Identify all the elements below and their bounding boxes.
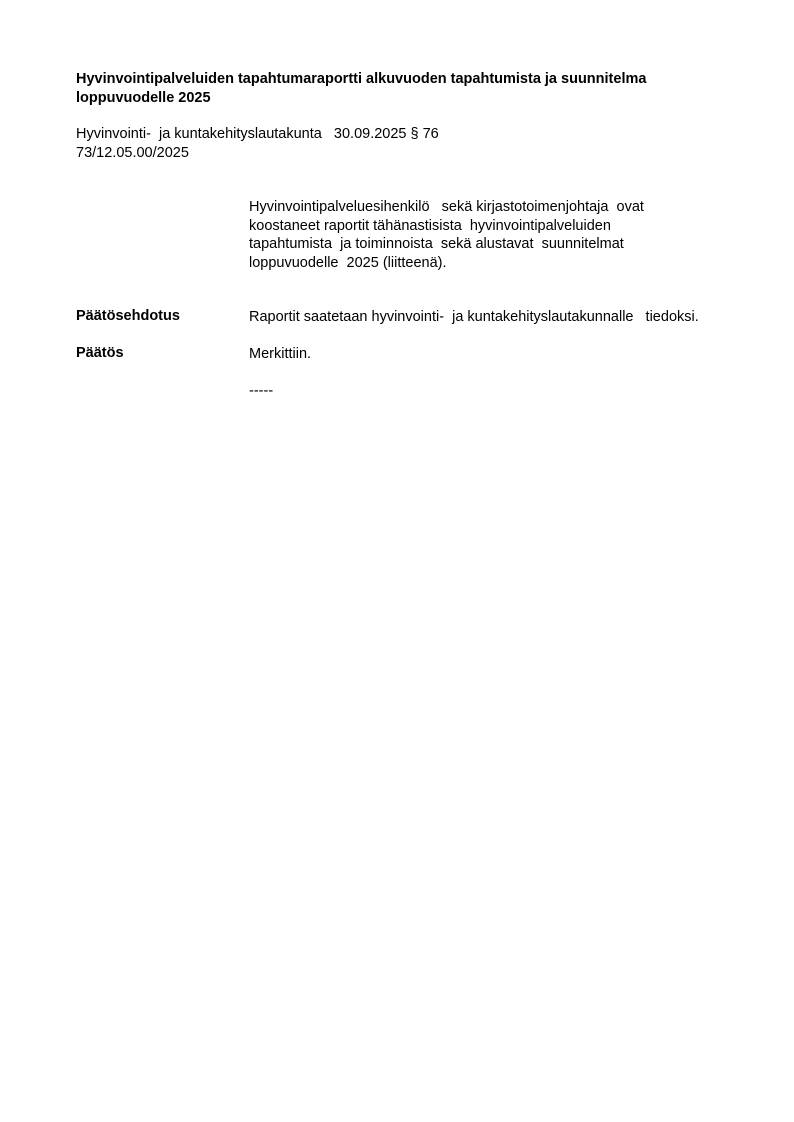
intro-line: Hyvinvointipalveluesihenkilö sekä kirjas…	[249, 198, 644, 217]
proposal-text: Raportit saatetaan hyvinvointi- ja kunta…	[249, 308, 699, 327]
case-number: 73/12.05.00/2025	[76, 144, 189, 163]
document-title-line-2: loppuvuodelle 2025	[76, 89, 211, 108]
document-title-line-1: Hyvinvointipalveluiden tapahtumaraportti…	[76, 70, 646, 89]
meeting-reference: Hyvinvointi- ja kuntakehityslautakunta 3…	[76, 125, 439, 144]
intro-line: loppuvuodelle 2025 (liitteenä).	[249, 254, 447, 273]
intro-line: tapahtumista ja toiminnoista sekä alusta…	[249, 235, 624, 254]
proposal-label: Päätösehdotus	[76, 308, 180, 324]
intro-line: koostaneet raportit tähänastisista hyvin…	[249, 217, 611, 236]
decision-label: Päätös	[76, 345, 124, 361]
decision-text: Merkittiin.	[249, 345, 311, 364]
section-separator: -----	[249, 382, 273, 401]
